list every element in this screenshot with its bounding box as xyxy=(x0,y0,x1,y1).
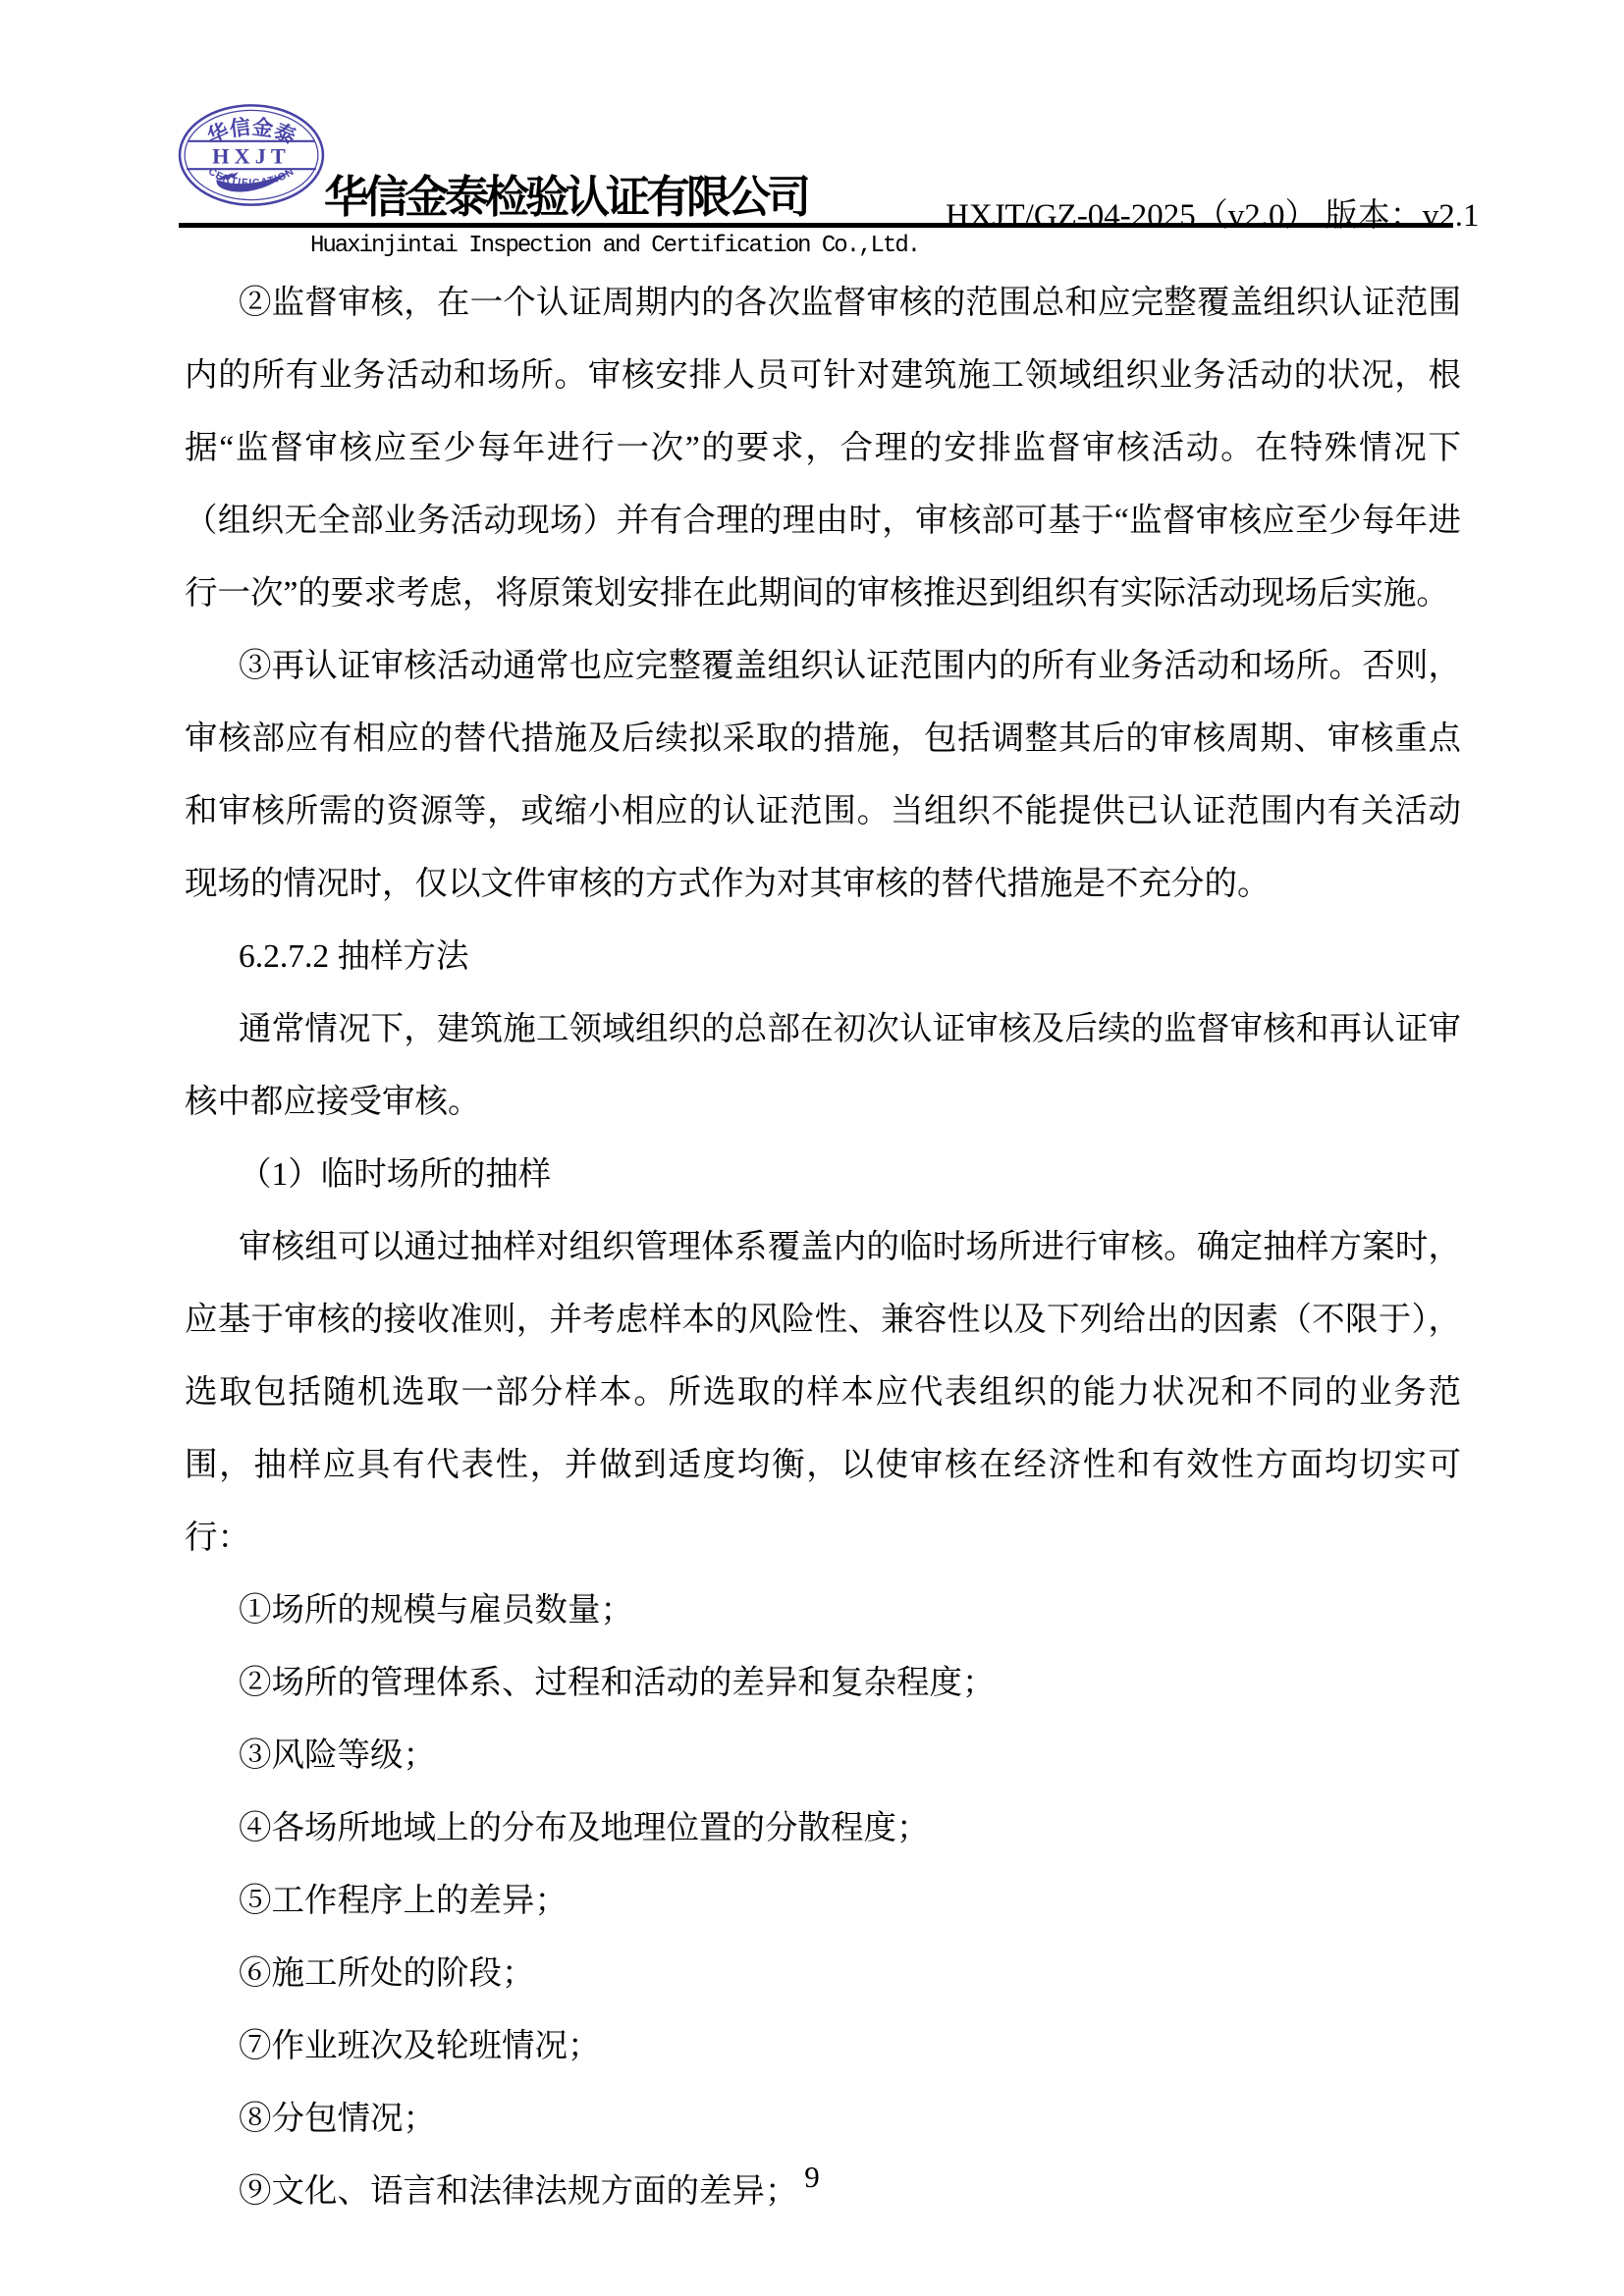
list-item: ①场所的规模与雇员数量； xyxy=(185,1575,1461,1647)
paragraph: ③再认证审核活动通常也应完整覆盖组织认证范围内的所有业务活动和场所。否则，审核部… xyxy=(185,630,1461,921)
list-item: ③风险等级； xyxy=(185,1720,1461,1792)
header-divider-rule xyxy=(179,223,1453,228)
list-item: ⑦作业班次及轮班情况； xyxy=(185,2010,1461,2083)
document-page: 华信金泰 HXJT CERTIFICATION 华信金泰检验认证有限公司 HXJ… xyxy=(0,0,1624,2296)
document-body: ②监督审核，在一个认证周期内的各次监督审核的范围总和应完整覆盖组织认证范围内的所… xyxy=(185,267,1461,2228)
company-name-chinese: 华信金泰检验认证有限公司 xyxy=(324,161,807,225)
seal-acronym: HXJT xyxy=(212,144,291,169)
document-number: HXJT/GZ-04-2025（v2.0） 版本：v2.1 xyxy=(946,189,1480,236)
list-item: ⑤工作程序上的差异； xyxy=(185,1865,1461,1938)
heading: 6.2.7.2 抽样方法 xyxy=(185,921,1461,993)
list-item: ⑧分包情况； xyxy=(185,2083,1461,2156)
company-seal-logo: 华信金泰 HXJT CERTIFICATION xyxy=(177,102,326,208)
paragraph: 审核组可以通过抽样对组织管理体系覆盖内的临时场所进行审核。确定抽样方案时，应基于… xyxy=(185,1211,1461,1575)
company-name-english: Huaxinjintai Inspection and Certificatio… xyxy=(310,233,919,259)
paragraph: 通常情况下，建筑施工领域组织的总部在初次认证审核及后续的监督审核和再认证审核中都… xyxy=(185,993,1461,1139)
list-item: ④各场所地域上的分布及地理位置的分散程度； xyxy=(185,1792,1461,1865)
page-number: 9 xyxy=(0,2160,1624,2195)
paragraph: ②监督审核，在一个认证周期内的各次监督审核的范围总和应完整覆盖组织认证范围内的所… xyxy=(185,267,1461,630)
paragraph: （1）临时场所的抽样 xyxy=(185,1139,1461,1211)
list-item: ②场所的管理体系、过程和活动的差异和复杂程度； xyxy=(185,1647,1461,1720)
list-item: ⑥施工所处的阶段； xyxy=(185,1938,1461,2010)
